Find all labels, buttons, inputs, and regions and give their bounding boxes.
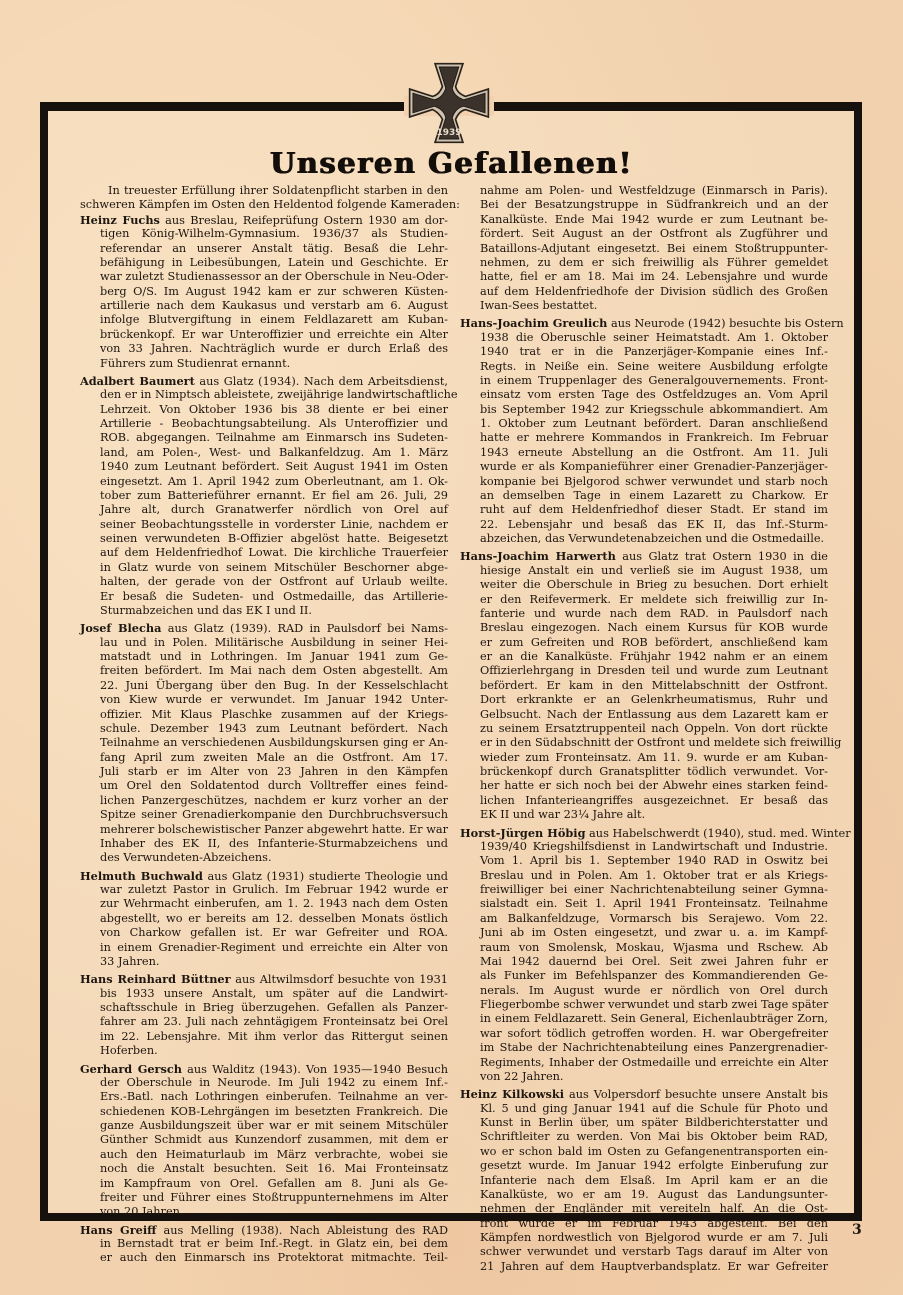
text-line: wo er schon bald im Osten zu Gefangenent… [460,1145,828,1159]
text-line: sialstadt ein. Seit 1. April 1941 Fronte… [460,897,828,911]
line-text: nahme am Polen- und Westfeldzuge (Einmar… [480,184,828,197]
line-text: schwer verwundet und verstarb Tags darau… [480,1245,828,1258]
text-line: Adalbert Baumert aus Glatz (1934). Nach … [80,374,448,388]
obituary-entry: Gerhard Gersch aus Walditz (1943). Von 1… [80,1062,448,1220]
line-text: wurde er als Kompanieführer einer Grenad… [480,460,828,473]
text-line: nahme am Polen- und Westfeldzuge (Einmar… [460,184,828,198]
text-line: auch den Heimaturlaub im März verbrachte… [80,1148,448,1162]
line-text: 22. Juni Übergang über den Bug. In der K… [100,679,448,692]
text-line: auf dem Heldenfriedhofe der Division süd… [460,285,828,299]
text-line: er an die Kanalküste. Frühjahr 1942 nahm… [460,650,828,664]
text-line: hatte er mehrere Kommandos in Frankreich… [460,431,828,445]
text-line: 21 Jahren auf dem Hauptverbandsplatz. Er… [460,1260,828,1274]
fallen-soldier-name: Adalbert Baumert [80,374,195,388]
line-text: bis 1933 unsere Anstalt, um später auf d… [100,987,448,1000]
text-line: 33 Jahren. [80,955,448,969]
text-line: von 22 Jahren. [460,1070,828,1084]
line-text: zur Wehrmacht einberufen, am 1. 2. 1943 … [100,897,448,910]
line-text: an demselben Tage in einem Lazarett zu C… [480,489,828,502]
text-line: er zum Gefreiten und ROB befördert, ansc… [460,636,828,650]
page-title: Unseren Gefallenen! [0,146,903,180]
line-text: kompanie bei Bjelgorod schwer verwundet … [480,475,828,488]
line-text: Breslau eingezogen. Nach einem Kursus fü… [480,621,828,634]
line-text: wo er schon bald im Osten zu Gefangenent… [480,1145,828,1158]
text-line: seinen verwundeten B-Offizier abgelöst h… [80,532,448,546]
obituary-entry: Hans Reinhard Büttner aus Altwilmsdorf b… [80,972,448,1058]
text-line: ruht auf dem Heldenfriedhof dieser Stadt… [460,503,828,517]
line-text: seinen verwundeten B-Offizier abgelöst h… [100,532,448,545]
line-text: freiwilliger bei einer Nachrichtenabteil… [480,883,828,896]
line-text: Spitze seiner Grenadierkompanie den Durc… [100,808,448,821]
text-line: brückenkopf durch Granatsplitter tödlich… [460,765,828,779]
line-text: gesetzt wurde. Im Januar 1942 erfolgte E… [480,1159,828,1172]
line-text: am Balkanfeldzuge, Vormarsch bis Serajew… [480,912,828,925]
text-line: Regiments, Inhaber der Ostmedaille und e… [460,1056,828,1070]
line-text: berg O/S. Im August 1942 kam er zur schw… [100,285,448,298]
fallen-soldier-name: Hans Greiff [80,1223,156,1237]
line-text: Breslau und in Polen. Am 1. Oktober trat… [480,869,828,882]
column-left: In treuester Erfüllung ihrer Soldatenpfl… [80,184,448,1266]
text-line: wurde er als Kompanieführer einer Grenad… [460,460,828,474]
text-line: front wurde er im Februar 1943 abgestell… [460,1217,828,1231]
line-text: Offizierlehrgang in Dresden teil und wur… [480,664,828,677]
text-line: referendar an unserer Anstalt tätig. Bes… [80,242,448,256]
line-text: Kämpfen nordwestlich von Bjelgorod wurde… [480,1231,828,1244]
line-text: Hoferben. [100,1044,158,1057]
obituary-entry: Helmuth Buchwald aus Glatz (1931) studie… [80,869,448,970]
text-line: auf dem Heldenfriedhof Lowat. Die kirchl… [80,546,448,560]
text-line: Offizierlehrgang in Dresden teil und wur… [460,664,828,678]
text-line: Hans Greiff aus Melling (1938). Nach Abl… [80,1223,448,1237]
line-text: 1940 trat er in die Panzerjäger-Kompanie… [480,345,828,358]
line-text: Artillerie - Beobachtungsabteilung. Als … [100,417,448,430]
text-line: 1940 trat er in die Panzerjäger-Kompanie… [460,345,828,359]
line-text: schaftsschule in Brieg überzugehen. Gefa… [100,1001,448,1014]
text-line: freiten befördert. Im Mai nach dem Osten… [80,664,448,678]
text-line: kompanie bei Bjelgorod schwer verwundet … [460,475,828,489]
line-text: matstadt und in Lothringen. Im Januar 19… [100,650,448,663]
intro-line: In treuester Erfüllung ihrer Soldatenpfl… [80,184,448,198]
text-line: Teilnahme an verschiedenen Ausbildungsku… [80,736,448,750]
text-line: 1939/40 Kriegshilfsdienst in Landwirtsch… [460,840,828,854]
line-text: fahrer am 23. Juli nach zehntägigem Fron… [100,1015,448,1028]
text-line: 22. Lebensjahr und besaß das EK II, das … [460,518,828,532]
line-text: Bei der Besatzungstruppe in Südfrankreic… [480,198,828,211]
text-line: war sofort tödlich getroffen worden. H. … [460,1027,828,1041]
text-line: zu seinem Ersatztruppenteil nach Oppeln.… [460,722,828,736]
text-line: in Bernstadt trat er beim Inf.-Regt. in … [80,1237,448,1251]
text-line: Kunst in Berlin über, um später Bildberi… [460,1116,828,1130]
line-text: tigen König-Wilhelm-Gymnasium. 1936/37 a… [100,227,448,240]
line-text: auf dem Heldenfriedhof Lowat. Die kirchl… [100,546,448,559]
fallen-soldier-name: Hans Reinhard Büttner [80,972,231,986]
text-line: war zuletzt Studienassessor an der Obers… [80,270,448,284]
line-text: er in den Südabschnitt der Ostfront und … [480,736,841,749]
text-line: abgestellt, wo er bereits am 12. desselb… [80,912,448,926]
obituary-entry: Hans-Joachim Greulich aus Neurode (1942)… [460,316,828,546]
text-line: Artillerie - Beobachtungsabteilung. Als … [80,417,448,431]
text-line: um Orel den Soldatentod durch Volltreffe… [80,779,448,793]
text-line: wieder zum Fronteinsatz. Am 11. 9. wurde… [460,751,828,765]
text-line: Hans-Joachim Greulich aus Neurode (1942)… [460,316,828,330]
intro-line: schweren Kämpfen im Osten den Heldentod … [80,198,448,212]
line-text: infolge Blutvergiftung in einem Feldlaza… [100,313,448,326]
line-text: nerals. Im August wurde er nördlich von … [480,984,828,997]
line-text: von 20 Jahren. [100,1205,184,1218]
line-text: bis September 1942 zur Kriegsschule abko… [480,403,828,416]
iron-cross-icon: 1939 [408,62,490,144]
line-text: Vom 1. April bis 1. September 1940 RAD i… [480,854,828,867]
text-line: seiner Beobachtungsstelle in vorderster … [80,518,448,532]
text-line: Breslau eingezogen. Nach einem Kursus fü… [460,621,828,635]
text-line: Günther Schmidt aus Kunzendorf zusammen,… [80,1133,448,1147]
text-line: befähigung in Leibesübungen, Latein und … [80,256,448,270]
text-line: Juli starb er im Alter von 23 Jahren in … [80,765,448,779]
text-line: eingesetzt. Am 1. April 1942 zum Oberleu… [80,475,448,489]
line-text: war zuletzt Pastor in Grulich. Im Februa… [100,883,448,896]
text-line: offizier. Mit Klaus Plaschke zusammen au… [80,708,448,722]
line-text: hatte, fiel er am 18. Mai im 24. Lebensj… [480,270,828,283]
line-text: Kanalküste. Ende Mai 1942 wurde er zum L… [480,213,828,226]
line-text: Schriftleiter zu werden. Von Mai bis Okt… [480,1130,828,1143]
text-line: lichen Infanterieangriffes ausgezeichnet… [460,794,828,808]
text-line: Helmuth Buchwald aus Glatz (1931) studie… [80,869,448,883]
text-line: Schriftleiter zu werden. Von Mai bis Okt… [460,1130,828,1144]
text-line: Inhaber des EK II, des Infanterie-Sturma… [80,837,448,851]
line-text: aus Walditz (1943). Von 1935—1940 Besuch [182,1063,448,1076]
text-line: Mai 1942 dauernd bei Orel. Seit zwei Jah… [460,955,828,969]
line-text: nehmen, zu dem er sich freiwillig als Fü… [480,256,828,269]
text-line: von Charkow gefallen ist. Er war Gefreit… [80,926,448,940]
text-line: halten, der gerade von der Ostfront auf … [80,575,448,589]
line-text: in Glatz wurde von seinem Mitschüler Bes… [100,561,448,574]
line-text: im Kampfraum von Orel. Gefallen am 8. Ju… [100,1177,448,1190]
text-line: den er in Nimptsch ableistete, zweijähri… [80,388,448,402]
text-line: er in den Südabschnitt der Ostfront und … [460,736,828,750]
line-text: Kl. 5 und ging Januar 1941 auf die Schul… [480,1102,828,1115]
line-text: Kanalküste, wo er am 19. August das Land… [480,1188,828,1201]
line-text: aus Glatz (1939). RAD in Paulsdorf bei N… [161,622,448,635]
text-line: her hatte er sich noch bei der Abwehr ei… [460,779,828,793]
text-line: freiwilliger bei einer Nachrichtenabteil… [460,883,828,897]
text-line: als Funker im Befehlspanzer des Kommandi… [460,969,828,983]
line-text: seiner Beobachtungsstelle in vorderster … [100,518,448,531]
line-text: von 22 Jahren. [480,1070,564,1083]
line-text: 33 Jahren. [100,955,159,968]
text-line: im 22. Lebensjahre. Mit ihm verlor das R… [80,1030,448,1044]
text-line: schaftsschule in Brieg überzugehen. Gefa… [80,1001,448,1015]
line-text: war sofort tödlich getroffen worden. H. … [480,1027,828,1040]
fallen-soldier-name: Josef Blecha [80,621,161,635]
line-text: sialstadt ein. Seit 1. April 1941 Fronte… [480,897,828,910]
text-line: Führers zum Studienrat ernannt. [80,357,448,371]
text-line: in einem Grenadier-Regiment und erreicht… [80,941,448,955]
text-line: Hoferben. [80,1044,448,1058]
line-text: hiesige Anstalt ein und verließ sie im A… [480,564,828,577]
text-line: Bataillons-Adjutant eingesetzt. Bei eine… [460,242,828,256]
line-text: befördert. Er kam in den Mittelabschnitt… [480,679,828,692]
text-line: bis September 1942 zur Kriegsschule abko… [460,403,828,417]
text-line: Iwan-Sees bestattet. [460,299,828,313]
line-text: Inhaber des EK II, des Infanterie-Sturma… [100,837,448,850]
text-line: befördert. Er kam in den Mittelabschnitt… [460,679,828,693]
page-number: 3 [852,1222,862,1238]
text-line: zur Wehrmacht einberufen, am 1. 2. 1943 … [80,897,448,911]
text-line: Er besaß die Sudeten- und Ostmedaille, d… [80,590,448,604]
text-line: infolge Blutvergiftung in einem Feldlaza… [80,313,448,327]
line-text: freiter und Führer eines Stoßtruppuntern… [100,1191,448,1204]
text-line: tober zum Batterieführer ernannt. Er fie… [80,489,448,503]
line-text: Jahre alt, durch Granatwerfer nördlich v… [100,503,448,516]
line-text: Bataillons-Adjutant eingesetzt. Bei eine… [480,242,828,255]
line-text: mehrerer bolschewistischer Panzer abgewe… [100,823,448,836]
fallen-soldier-name: Heinz Fuchs [80,213,160,227]
text-line: 1943 erneute Abstellung an die Ostfront.… [460,446,828,460]
text-line: nerals. Im August wurde er nördlich von … [460,984,828,998]
text-line: Josef Blecha aus Glatz (1939). RAD in Pa… [80,621,448,635]
text-line: Hans-Joachim Harwerth aus Glatz trat Ost… [460,549,828,563]
line-text: Er besaß die Sudeten- und Ostmedaille, d… [100,590,448,603]
line-text: er auch den Einmarsch ins Protektorat mi… [100,1251,448,1264]
text-line: er auch den Einmarsch ins Protektorat mi… [80,1251,448,1265]
text-line: 22. Juni Übergang über den Bug. In der K… [80,679,448,693]
line-text: brückenkopf. Er war Unteroffizier und er… [100,328,448,341]
text-line: Lehrzeit. Von Oktober 1936 bis 38 diente… [80,403,448,417]
text-line: der Oberschule in Neurode. Im Juli 1942 … [80,1076,448,1090]
fallen-soldier-name: Heinz Kilkowski [460,1087,564,1101]
line-text: schule. Dezember 1943 zum Leutnant beför… [100,722,448,735]
text-line: in einem Feldlazarett. Sein General, Eic… [460,1012,828,1026]
line-text: freiten befördert. Im Mai nach dem Osten… [100,664,448,677]
text-line: Gerhard Gersch aus Walditz (1943). Von 1… [80,1062,448,1076]
line-text: Juli starb er im Alter von 23 Jahren in … [100,765,448,778]
line-text: lichen Infanterieangriffes ausgezeichnet… [480,794,828,807]
line-text: in Bernstadt trat er beim Inf.-Regt. in … [100,1237,448,1250]
text-line: lichen Panzergeschützes, nachdem er kurz… [80,794,448,808]
line-text: halten, der gerade von der Ostfront auf … [100,575,448,588]
text-line: Heinz Kilkowski aus Volpersdorf besuchte… [460,1087,828,1101]
line-text: Iwan-Sees bestattet. [480,299,597,312]
text-line: im Stabe der Nachrichtenabteilung eines … [460,1041,828,1055]
line-text: aus Habelschwerdt (1940), stud. med. Win… [585,827,850,840]
line-text: 21 Jahren auf dem Hauptverbandsplatz. Er… [480,1260,828,1273]
text-line: ganze Ausbildungszeit über war er mit se… [80,1119,448,1133]
obituary-entry: Heinz Kilkowski aus Volpersdorf besuchte… [460,1087,828,1274]
line-text: hatte er mehrere Kommandos in Frankreich… [480,431,828,444]
text-line: Horst-Jürgen Höbig aus Habelschwerdt (19… [460,826,828,840]
text-line: Vom 1. April bis 1. September 1940 RAD i… [460,854,828,868]
line-text: aus Glatz (1934). Nach dem Arbeitsdienst… [195,375,448,388]
line-text: 1. Oktober zum Leutnant befördert. Daran… [480,417,828,430]
text-line: er den Reifevermerk. Er meldete sich fre… [460,593,828,607]
fallen-soldier-name: Gerhard Gersch [80,1062,182,1076]
fallen-soldier-name: Hans-Joachim Greulich [460,316,607,330]
text-line: Bei der Besatzungstruppe in Südfrankreic… [460,198,828,212]
line-text: abzeichen, das Verwundetenabzeichen und … [480,532,824,545]
text-line: Juni ab im Osten eingesetzt, und zwar u.… [460,926,828,940]
text-line: hatte, fiel er am 18. Mai im 24. Lebensj… [460,270,828,284]
text-line: hiesige Anstalt ein und verließ sie im A… [460,564,828,578]
text-line: Gelbsucht. Nach der Entlassung aus dem L… [460,708,828,722]
text-line: Sturmabzeichen und das EK I und II. [80,604,448,618]
fallen-soldier-name: Hans-Joachim Harwerth [460,549,616,563]
line-text: wieder zum Fronteinsatz. Am 11. 9. wurde… [480,751,828,764]
line-text: Führers zum Studienrat ernannt. [100,357,290,370]
line-text: der Oberschule in Neurode. Im Juli 1942 … [100,1076,448,1089]
line-text: raum von Smolensk, Moskau, Wjasma und Rs… [480,941,828,954]
line-text: als Funker im Befehlspanzer des Kommandi… [480,969,828,982]
text-line: Infanterie nach dem Elsaß. Im April kam … [460,1174,828,1188]
text-line: in einem Truppenlager des Generalgouvern… [460,374,828,388]
line-text: ROB. abgegangen. Teilnahme am Einmarsch … [100,431,448,444]
obituary-entry: Heinz Fuchs aus Breslau, Reifeprüfung Os… [80,213,448,371]
text-line: nehmen der Engländer mit vereiteln half.… [460,1202,828,1216]
line-text: weiter die Oberschule in Brieg zu besuch… [480,578,828,591]
line-text: 1940 zum Leutnant befördert. Seit August… [100,460,448,473]
line-text: ruht auf dem Heldenfriedhof dieser Stadt… [480,503,828,516]
line-text: aus Breslau, Reifeprüfung Ostern 1930 am… [160,214,448,227]
line-text: Dort erkrankte er an Gelenkrheumatismus,… [480,693,828,706]
line-text: er an die Kanalküste. Frühjahr 1942 nahm… [480,650,828,663]
line-text: 1943 erneute Abstellung an die Ostfront.… [480,446,828,459]
line-text: aus Glatz trat Ostern 1930 in die [616,550,828,563]
line-text: front wurde er im Februar 1943 abgestell… [480,1217,828,1230]
line-text: befähigung in Leibesübungen, Latein und … [100,256,448,269]
line-text: fanterie und wurde nach dem RAD. in Paul… [480,607,828,620]
line-text: fang April zum zweiten Male an die Ostfr… [100,751,448,764]
text-line: freiter und Führer eines Stoßtruppuntern… [80,1191,448,1205]
text-line: am Balkanfeldzuge, Vormarsch bis Serajew… [460,912,828,926]
text-line: nehmen, zu dem er sich freiwillig als Fü… [460,256,828,270]
line-text: er zum Gefreiten und ROB befördert, ansc… [480,636,828,649]
line-text: einsatz vom ersten Tage des Ostfeldzuges… [480,388,828,401]
text-line: 1938 die Oberuschle seiner Heimatstadt. … [460,331,828,345]
line-text: auf dem Heldenfriedhofe der Division süd… [480,285,828,298]
text-line: noch die Anstalt besuchten. Seit 16. Mai… [80,1162,448,1176]
line-text: Infanterie nach dem Elsaß. Im April kam … [480,1174,828,1187]
line-text: auch den Heimaturlaub im März verbrachte… [100,1148,448,1161]
line-text: aus Glatz (1931) studierte Theologie und [203,870,448,883]
line-text: von 33 Jahren. Nachträglich wurde er dur… [100,342,448,355]
line-text: artillerie nach dem Kaukasus und verstar… [100,299,448,312]
line-text: lichen Panzergeschützes, nachdem er kurz… [100,794,448,807]
text-line: fang April zum zweiten Male an die Ostfr… [80,751,448,765]
text-line: raum von Smolensk, Moskau, Wjasma und Rs… [460,941,828,955]
fallen-soldier-name: Horst-Jürgen Höbig [460,826,585,840]
text-line: weiter die Oberschule in Brieg zu besuch… [460,578,828,592]
line-text: lau und in Polen. Militärische Ausbildun… [100,636,448,649]
text-line: Hans Reinhard Büttner aus Altwilmsdorf b… [80,972,448,986]
line-text: im Stabe der Nachrichtenabteilung eines … [480,1041,828,1054]
text-line: berg O/S. Im August 1942 kam er zur schw… [80,285,448,299]
obituary-entry: Hans-Joachim Harwerth aus Glatz trat Ost… [460,549,828,822]
text-line: 1. Oktober zum Leutnant befördert. Daran… [460,417,828,431]
text-line: fanterie und wurde nach dem RAD. in Paul… [460,607,828,621]
text-line: Regts. in Neiße ein. Seine weitere Ausbi… [460,360,828,374]
text-line: tigen König-Wilhelm-Gymnasium. 1936/37 a… [80,227,448,241]
text-line: fördert. Seit August an der Ostfront als… [460,227,828,241]
line-text: Lehrzeit. Von Oktober 1936 bis 38 diente… [100,403,448,416]
line-text: im 22. Lebensjahre. Mit ihm verlor das R… [100,1030,448,1043]
line-text: er den Reifevermerk. Er meldete sich fre… [480,593,828,606]
fallen-soldier-name: Helmuth Buchwald [80,869,203,883]
line-text: nehmen der Engländer mit vereiteln half.… [480,1202,828,1215]
line-text: in einem Grenadier-Regiment und erreicht… [100,941,448,954]
line-text: eingesetzt. Am 1. April 1942 zum Oberleu… [100,475,448,488]
line-text: von Kiew wurde er verwundet. Im Januar 1… [100,693,448,706]
line-text: aus Altwilmsdorf besuchte von 1931 [231,973,448,986]
line-text: Teilnahme an verschiedenen Ausbildungsku… [100,736,448,749]
line-text: des Verwundeten-Abzeichens. [100,851,272,864]
text-line: schiedenen KOB-Lehrgängen im besetzten F… [80,1105,448,1119]
text-line: schule. Dezember 1943 zum Leutnant beför… [80,722,448,736]
text-line: schwer verwundet und verstarb Tags darau… [460,1245,828,1259]
line-text: in einem Truppenlager des Generalgouvern… [480,374,828,387]
text-line: Breslau und in Polen. Am 1. Oktober trat… [460,869,828,883]
text-line: lau und in Polen. Militärische Ausbildun… [80,636,448,650]
text-line: bis 1933 unsere Anstalt, um später auf d… [80,987,448,1001]
text-line: mehrerer bolschewistischer Panzer abgewe… [80,823,448,837]
text-line: land, am Polen-, West- und Balkanfeldzug… [80,446,448,460]
text-line: gesetzt wurde. Im Januar 1942 erfolgte E… [460,1159,828,1173]
text-line: ROB. abgegangen. Teilnahme am Einmarsch … [80,431,448,445]
text-line: artillerie nach dem Kaukasus und verstar… [80,299,448,313]
text-line: fahrer am 23. Juli nach zehntägigem Fron… [80,1015,448,1029]
line-text: Juni ab im Osten eingesetzt, und zwar u.… [480,926,828,939]
line-text: Günther Schmidt aus Kunzendorf zusammen,… [100,1133,448,1146]
line-text: um Orel den Soldatentod durch Volltreffe… [100,779,448,792]
text-line: Kanalküste, wo er am 19. August das Land… [460,1188,828,1202]
line-text: noch die Anstalt besuchten. Seit 16. Mai… [100,1162,448,1175]
text-line: von Kiew wurde er verwundet. Im Januar 1… [80,693,448,707]
text-line: Kämpfen nordwestlich von Bjelgorod wurde… [460,1231,828,1245]
text-line: einsatz vom ersten Tage des Ostfeldzuges… [460,388,828,402]
line-text: Ers.-Batl. nach Lothringen einberufen. T… [100,1090,448,1103]
line-text: zu seinem Ersatztruppenteil nach Oppeln.… [480,722,828,735]
line-text: referendar an unserer Anstalt tätig. Bes… [100,242,448,255]
text-line: Heinz Fuchs aus Breslau, Reifeprüfung Os… [80,213,448,227]
line-text: Gelbsucht. Nach der Entlassung aus dem L… [480,708,828,721]
text-line: in Glatz wurde von seinem Mitschüler Bes… [80,561,448,575]
line-text: Kunst in Berlin über, um später Bildberi… [480,1116,828,1129]
text-line: Kl. 5 und ging Januar 1941 auf die Schul… [460,1102,828,1116]
line-text: offizier. Mit Klaus Plaschke zusammen au… [100,708,448,721]
line-text: war zuletzt Studienassessor an der Obers… [100,270,449,283]
text-line: Kanalküste. Ende Mai 1942 wurde er zum L… [460,213,828,227]
line-text: aus Melling (1938). Nach Ableistung des … [156,1224,448,1237]
text-line: im Kampfraum von Orel. Gefallen am 8. Ju… [80,1177,448,1191]
line-text: aus Neurode (1942) besuchte bis Ostern [607,317,843,330]
text-line: Ers.-Batl. nach Lothringen einberufen. T… [80,1090,448,1104]
line-text: aus Volpersdorf besuchte unsere Anstalt … [564,1088,828,1101]
line-text: Sturmabzeichen und das EK I und II. [100,604,312,617]
text-line: Spitze seiner Grenadierkompanie den Durc… [80,808,448,822]
line-text: 1939/40 Kriegshilfsdienst in Landwirtsch… [480,840,828,853]
obituary-entry: nahme am Polen- und Westfeldzuge (Einmar… [460,184,828,313]
obituary-entry: Hans Greiff aus Melling (1938). Nach Abl… [80,1223,448,1266]
line-text: land, am Polen-, West- und Balkanfeldzug… [100,446,448,459]
text-line: Fliegerbombe schwer verwundet und starb … [460,998,828,1012]
line-text: Fliegerbombe schwer verwundet und starb … [480,998,828,1011]
obituary-entry: Horst-Jürgen Höbig aus Habelschwerdt (19… [460,826,828,1085]
line-text: von Charkow gefallen ist. Er war Gefreit… [100,926,448,939]
line-text: EK II und war 23¼ Jahre alt. [480,808,645,821]
line-text: den er in Nimptsch ableistete, zweijähri… [100,388,458,401]
obituary-entry: Josef Blecha aus Glatz (1939). RAD in Pa… [80,621,448,865]
text-line: an demselben Tage in einem Lazarett zu C… [460,489,828,503]
line-text: tober zum Batterieführer ernannt. Er fie… [100,489,448,502]
cross-year: 1939 [436,128,461,138]
